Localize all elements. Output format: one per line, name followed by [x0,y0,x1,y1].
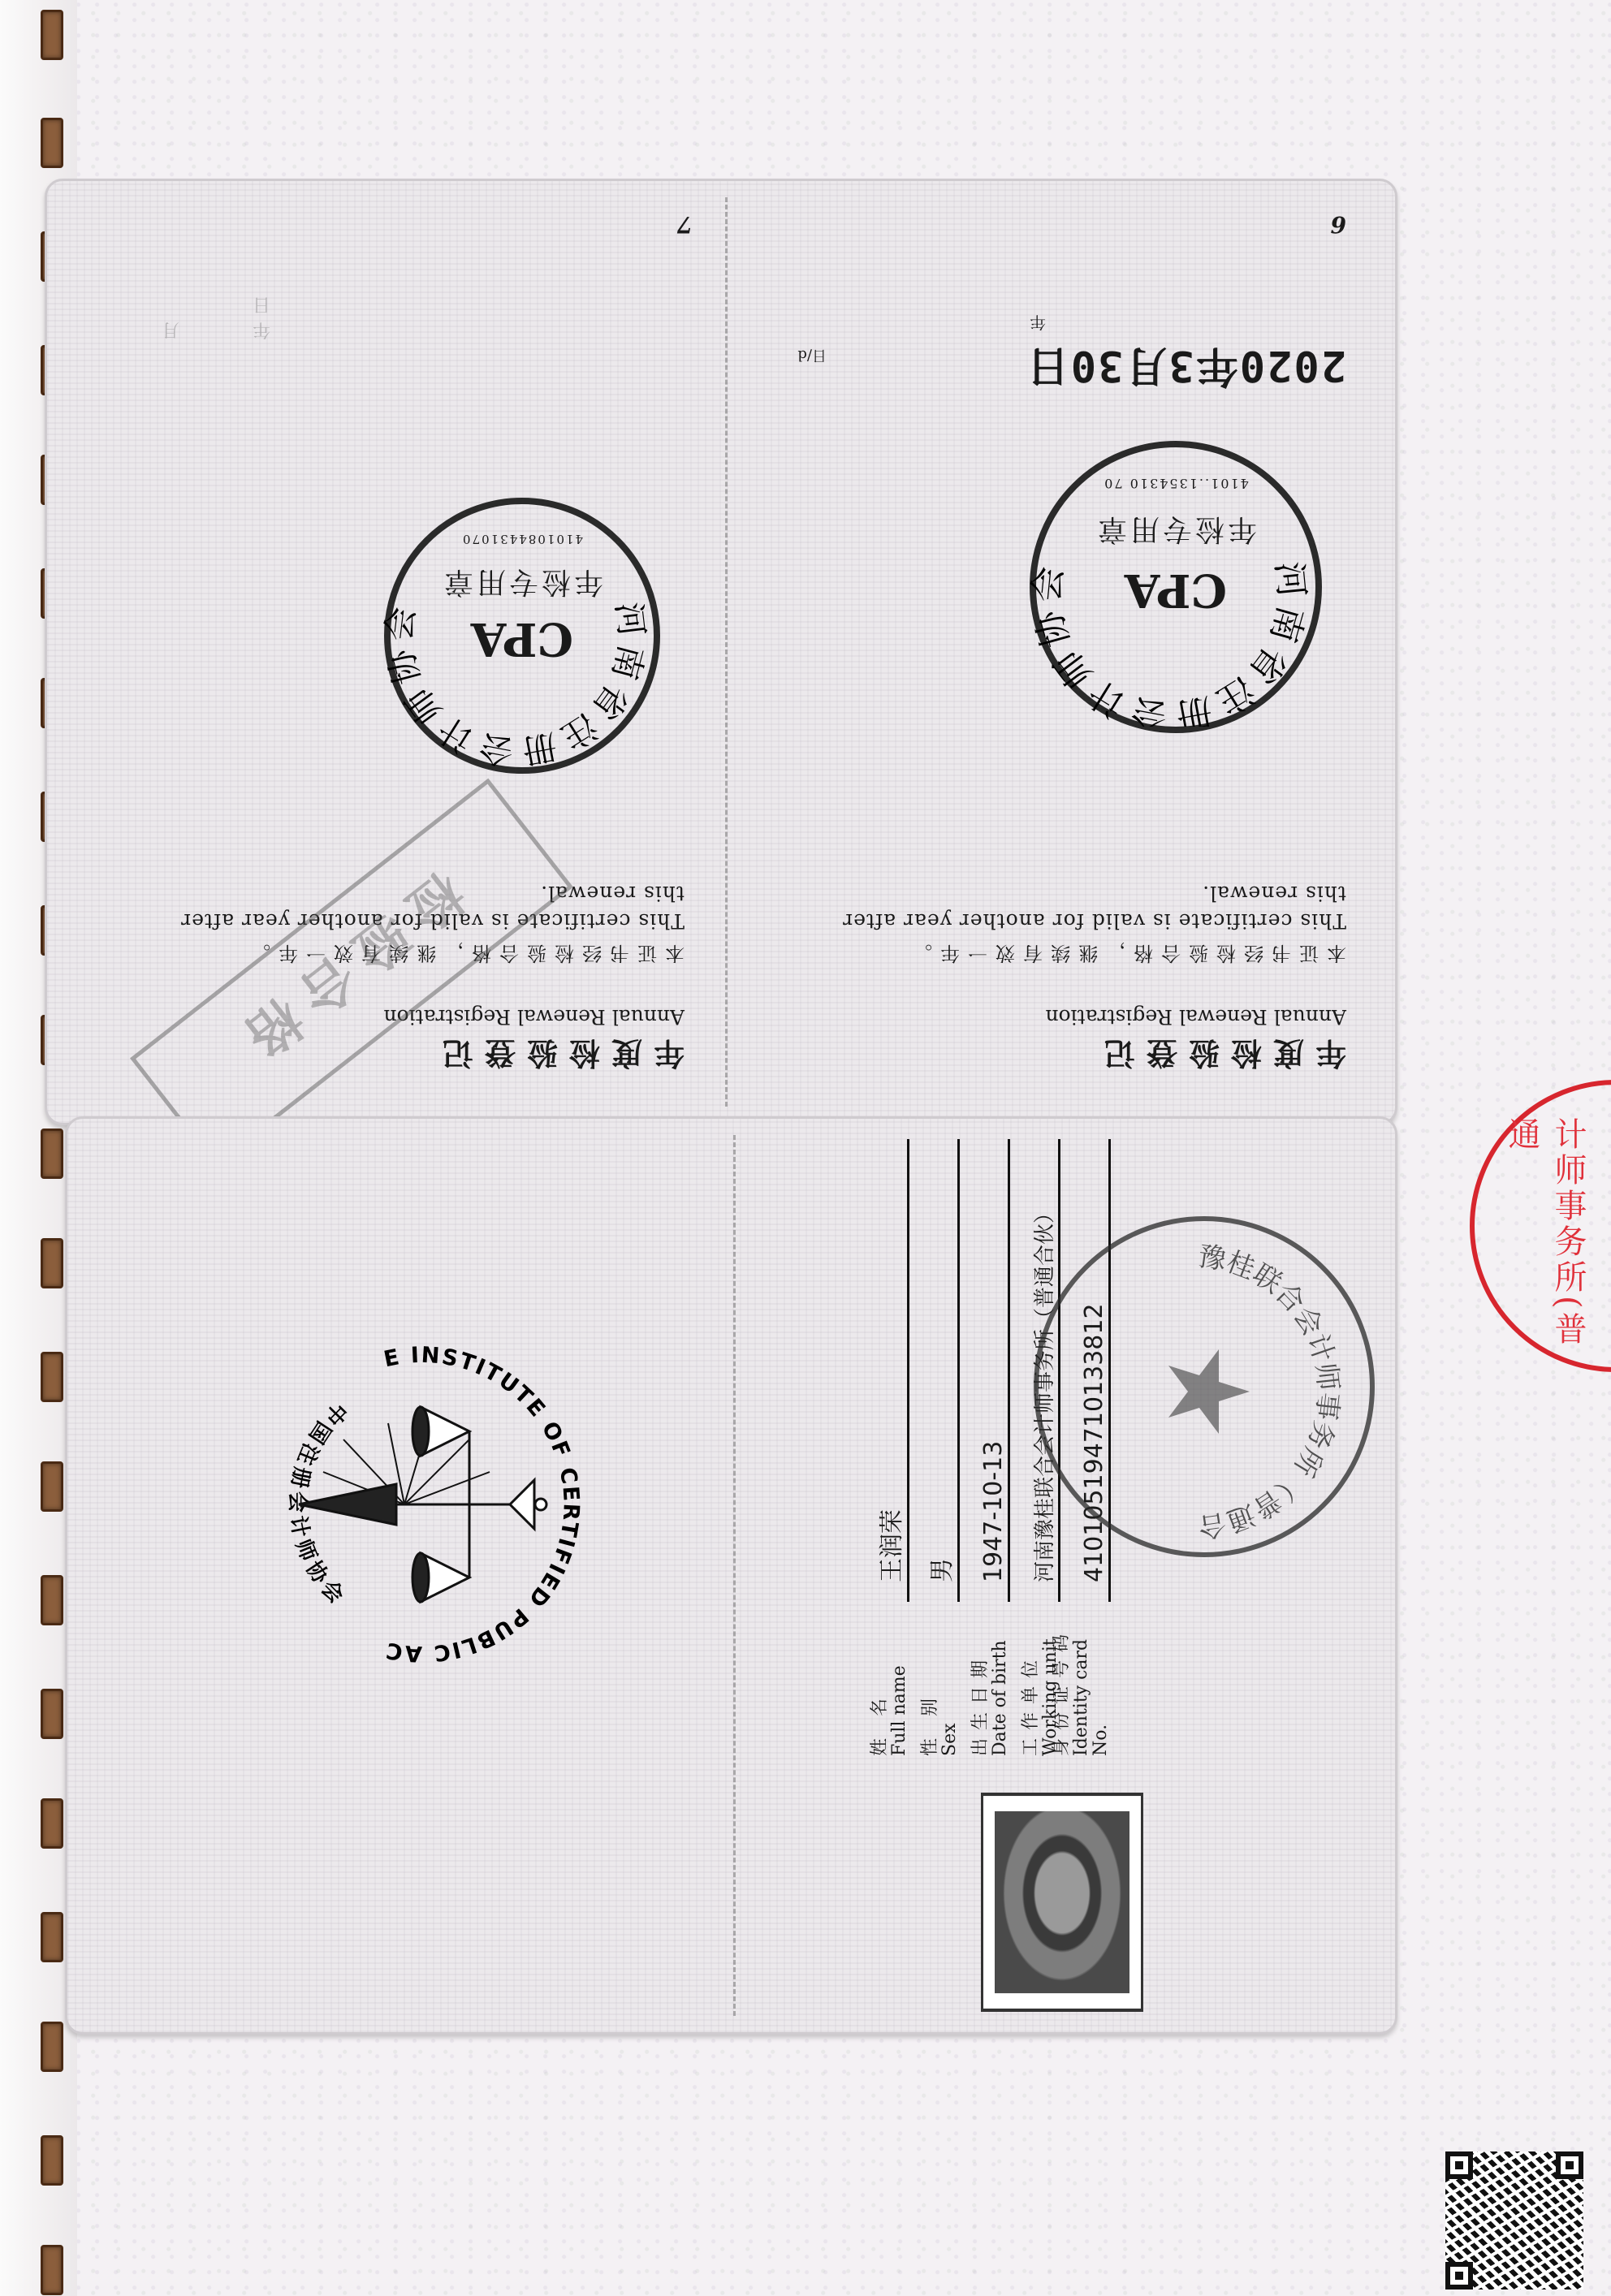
binding-hole [41,1798,63,1849]
statement-en-line2: this renewal. [827,879,1346,907]
portrait-image [995,1811,1129,1993]
svg-text:THE CHINESE INSTITUTE OF CERTI: THE CHINESE INSTITUTE OF CERTIFIED PUBLI… [382,1318,591,1666]
seal-inner-text: 年检专用章 [391,563,654,605]
svg-text:河南豫桂联合会计师事务所（普通合伙）: 河南豫桂联合会计师事务所（普通合伙） [1196,1221,1380,1543]
registration-title-cn: 年度检验登记 [827,1034,1346,1078]
statement-en-line1: This certificate is valid for another ye… [827,907,1346,934]
binding-hole [41,2022,63,2072]
binding-hole [41,1912,63,1962]
seal-cpa-text: CPA [1036,563,1315,617]
binding-hole [41,10,63,60]
renewal-registration-block: 年度检验登记 Annual Renewal Registration 本证书经检… [827,879,1346,1078]
cicpa-emblem: THE CHINESE INSTITUTE OF CERTIFIED PUBLI… [218,1318,591,1691]
binding-hole [41,118,63,168]
cpa-annual-inspection-seal: 河南省注册会计师协会 CPA 年检专用章 4101..1354310 70 [1030,441,1322,733]
page-fold [725,197,728,1107]
binding-hole [41,1238,63,1288]
faint-date-labels: 年月日 [47,293,270,343]
seal-serial: 4101..1354310 70 [1036,476,1315,491]
firm-seal: 河南豫桂联合会计师事务所（普通合伙） [1034,1216,1375,1557]
page-number: 7 [677,211,693,238]
renewal-page-7: 7 年度检验登记 Annual Renewal Registration 本证书… [47,181,725,1123]
date-of-birth-value: 1947-10-13 [979,1139,1010,1602]
binding-hole [41,2245,63,2295]
seal-inner-text: 年检专用章 [1036,511,1315,552]
qr-finder [1445,2151,1473,2179]
binding-hole [41,1129,63,1179]
full-name-value: 王润荣 [871,1139,909,1602]
cpa-annual-inspection-seal: 河南省注册会计师协会 CPA 年检专用章 4101084431070 [384,498,660,774]
sex-value: 男 [922,1139,960,1602]
seal-serial: 4101084431070 [391,532,654,546]
scales-of-justice-icon: THE CHINESE INSTITUTE OF CERTIFIED PUBLI… [218,1318,591,1691]
id-page: 姓 名Full name 王润荣 性 别Sex 男 出生日期Date of bi… [741,1119,1395,2032]
field-full-name: 姓 名Full name 王润荣 [859,1139,909,1756]
binding-hole [41,1461,63,1512]
field-sex: 性 别Sex 男 [909,1139,960,1756]
field-date-of-birth: 出生日期Date of birth 1947-10-13 [960,1139,1010,1756]
renewal-page-6: 6 年度检验登记 Annual Renewal Registration 本证书… [729,181,1395,1123]
registration-title-en: Annual Renewal Registration [827,1005,1346,1029]
statement-cn: 本证书经检验合格，继续有效一年。 [827,941,1346,969]
id-spread: THE CHINESE INSTITUTE OF CERTIFIED PUBLI… [65,1116,1397,2035]
qr-finder [1445,2262,1473,2290]
qr-finder [1556,2151,1583,2179]
date-label-day: 日/d [797,346,827,364]
seal-cpa-text: CPA [391,612,654,666]
red-seal-text: 计师事务所(普通 [1499,1117,1592,1367]
renewal-spread: 6 年度检验登记 Annual Renewal Registration 本证书… [45,179,1397,1125]
renewal-date-stamp: 2020年3月30日 [1026,339,1346,400]
binding-hole [41,2135,63,2186]
holder-photo [981,1793,1143,2012]
seal-ring-text: 河南豫桂联合会计师事务所（普通合伙） [1039,1221,1380,1562]
binding-hole [41,1352,63,1402]
date-label-year: 年 [1030,312,1046,335]
binding-hole [41,1689,63,1739]
page-fold [733,1135,736,2016]
binding-hole [41,1575,63,1625]
page-number: 6 [1331,211,1346,238]
qr-code [1445,2151,1583,2290]
